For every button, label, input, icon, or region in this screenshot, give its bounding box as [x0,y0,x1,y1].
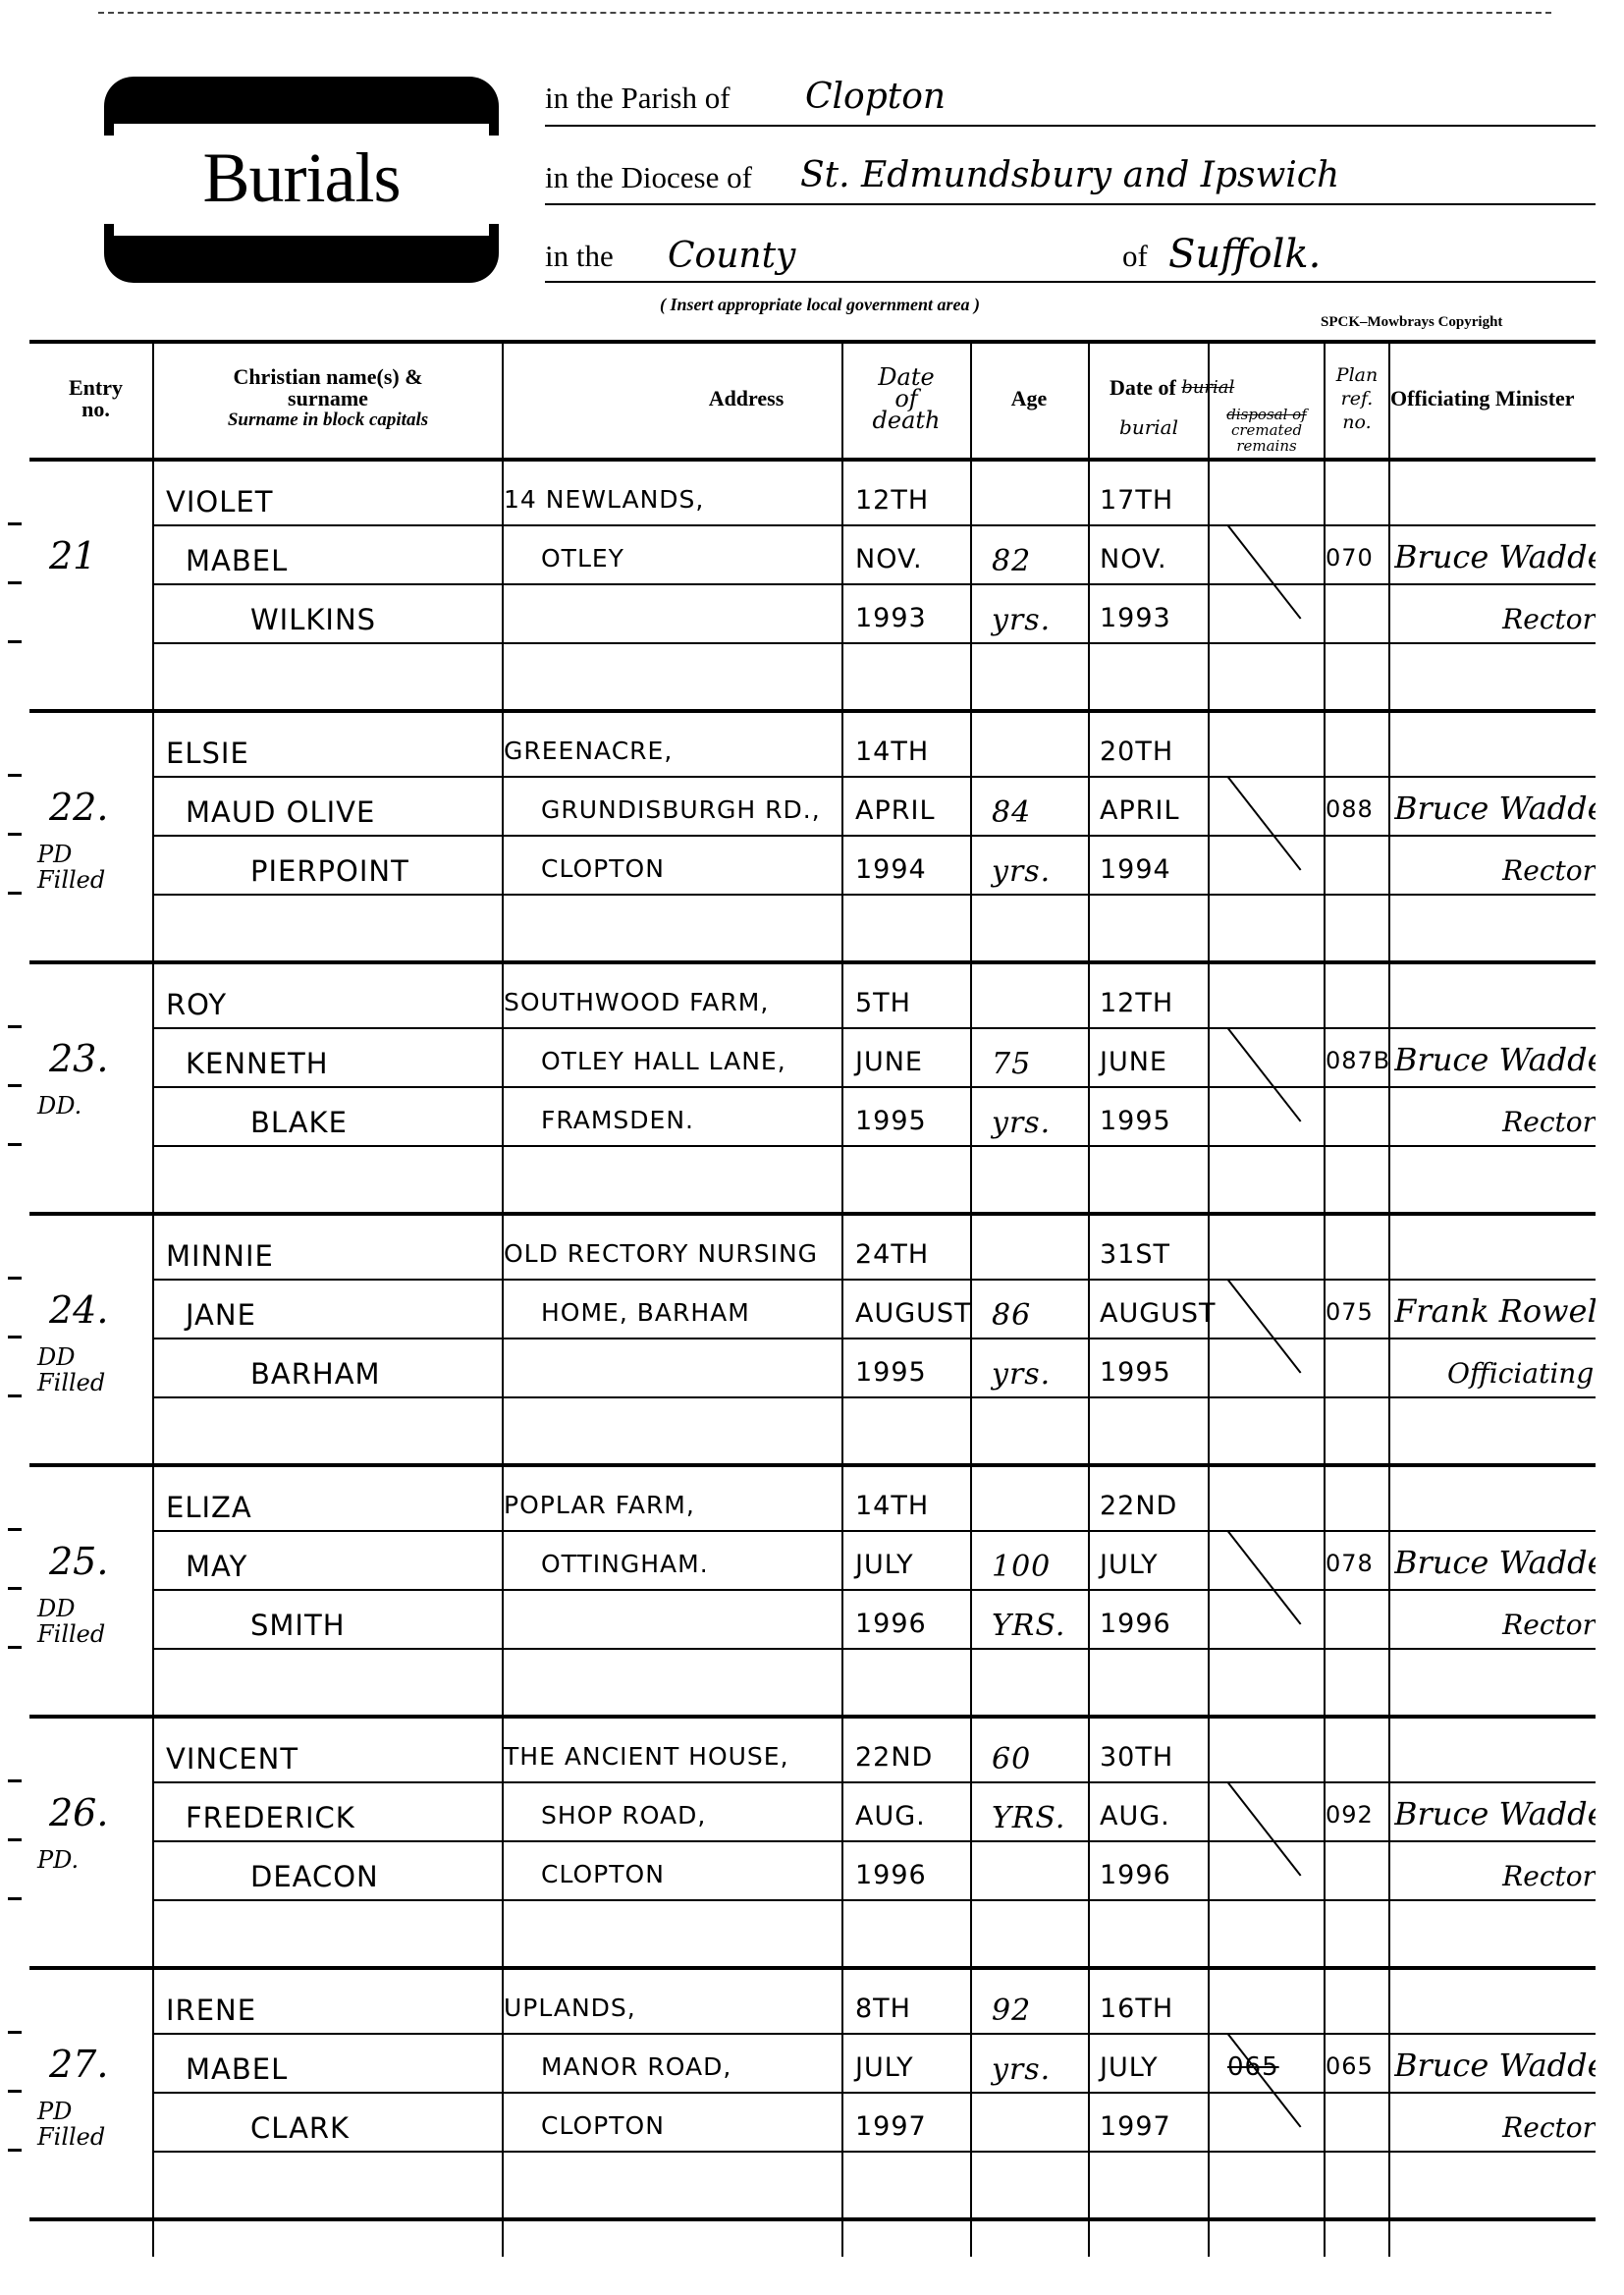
margin-tick [8,1528,22,1531]
col-header-address: Address [648,344,844,454]
surname: SMITH [250,1609,346,1642]
margin-tick [8,1143,22,1146]
date-of-burial: 22ND [1100,1491,1177,1521]
christian-name: IRENE [166,1994,256,2027]
minister-role: Rector [1447,1860,1596,1892]
entry-line-rule [152,1589,1596,1591]
entry-line-rule [152,1899,1596,1901]
minister-signature: Bruce Waddell [1394,1795,1596,1832]
address-line: OLD RECTORY NURSING [504,1239,818,1268]
entry-line-rule [152,2151,1596,2153]
area-of-label: of [1122,239,1148,274]
col-header-minister: Officiating Minister [1390,344,1624,454]
minister-role: Rector [1447,603,1596,635]
date-of-death: 1993 [855,603,927,633]
surname: DEACON [250,1860,379,1893]
date-of-burial: NOV. [1100,544,1167,574]
christian-name: VIOLET [166,485,273,519]
plan-ref-number: 087B [1326,1047,1390,1074]
plan-ref-number: 070 [1326,544,1374,572]
date-of-burial: 1995 [1100,1357,1171,1388]
entry-margin-note: DD. [37,1093,145,1119]
date-of-death: JULY [855,1550,914,1580]
christian-name: MABEL [186,544,288,577]
minister-signature: Bruce Waddell [1394,2047,1596,2084]
entry-number: 23. [49,1037,108,1080]
minister-signature: Bruce Waddell [1394,1544,1596,1581]
entry-separator-rule [29,1212,1596,1216]
entry-line-rule [152,583,1596,585]
address-line: GREENACRE, [504,737,673,765]
parish-rule [545,125,1596,127]
date-of-burial: JULY [1100,1550,1159,1580]
age: yrs. [992,1106,1051,1140]
minister-signature: Bruce Waddell [1394,538,1596,575]
date-of-death: 5TH [855,988,911,1018]
entry-margin-note: PD. [37,1847,145,1873]
entry-number: 22. [49,786,108,829]
date-of-burial: 1997 [1100,2111,1171,2142]
entry-line-rule [152,894,1596,896]
christian-name: ROY [166,988,227,1021]
minister-role: Rector [1447,1106,1596,1138]
date-of-death: 1997 [855,2111,927,2142]
minister-signature: Bruce Waddell [1394,790,1596,827]
entry-number: 26. [49,1791,108,1834]
entry-margin-note: PD Filled [37,2099,145,2150]
surname: WILKINS [250,603,376,636]
age: YRS. [992,1801,1065,1835]
date-of-death: AUG. [855,1801,926,1831]
entry-margin-note: PD Filled [37,842,145,893]
address-line: FRAMSDEN. [541,1106,694,1134]
margin-tick [8,2031,22,2034]
address-line: SHOP ROAD, [541,1801,706,1830]
date-of-burial: 30TH [1100,1742,1173,1773]
entry-line-rule [152,1781,1596,1783]
disposal-value-struck: 065 [1227,2052,1279,2082]
entry-separator-rule [29,1966,1596,1970]
surname: BLAKE [250,1106,348,1139]
address-line: OTLEY [541,544,624,573]
date-of-death: NOV. [855,544,923,574]
christian-name: KENNETH [186,1047,329,1080]
date-of-death: AUGUST [855,1298,972,1329]
col-header-burial: burial [1090,412,1208,442]
date-of-burial: 1996 [1100,1609,1171,1639]
plan-ref-number: 075 [1326,1298,1374,1326]
disposal-slash-mark [1227,1531,1301,1625]
age: 82 [992,544,1031,578]
date-of-death: JULY [855,2052,914,2083]
date-of-burial: 16TH [1100,1994,1173,2024]
entry-line-rule [152,524,1596,526]
date-of-death: 1994 [855,854,927,885]
date-of-burial: APRIL [1100,795,1180,826]
entry-separator-rule [29,1715,1596,1719]
date-of-burial: 12TH [1100,988,1173,1018]
christian-name: MAUD OLIVE [186,795,375,829]
date-of-burial: JULY [1100,2052,1159,2083]
age: 100 [992,1550,1051,1584]
disposal-slash-mark [1227,1028,1301,1122]
disposal-slash-mark [1227,525,1301,620]
address-line: POPLAR FARM, [504,1491,695,1519]
entry-line-rule [152,1530,1596,1532]
date-of-burial: AUG. [1100,1801,1170,1831]
plan-ref-number: 065 [1326,2052,1374,2080]
date-of-burial: 1994 [1100,854,1171,885]
christian-name: VINCENT [166,1742,298,1776]
entry-line-rule [152,776,1596,778]
surname: CLARK [250,2111,350,2145]
age: 86 [992,1298,1031,1333]
top-dashed-rule [98,12,1551,14]
surname: PIERPOINT [250,854,409,888]
entry-separator-rule [29,2217,1596,2221]
plan-ref-number: 088 [1326,795,1374,823]
entry-line-rule [152,2092,1596,2094]
parish-value: Clopton [805,77,946,117]
minister-role: Rector [1447,2111,1596,2144]
disposal-slash-mark [1227,1280,1301,1374]
address-line: SOUTHWOOD FARM, [504,988,769,1016]
header-bottom-rule [29,458,1596,462]
minister-signature: Frank Rowell [1394,1292,1596,1330]
date-of-burial: 31ST [1100,1239,1170,1270]
christian-name: ELIZA [166,1491,252,1524]
margin-tick [8,640,22,643]
date-of-death: 14TH [855,737,929,767]
entry-line-rule [152,1027,1596,1029]
margin-tick [8,581,22,584]
address-line: OTTINGHAM. [541,1550,709,1578]
diocese-rule [545,203,1596,205]
margin-tick [8,1587,22,1590]
age: 92 [992,1994,1031,2028]
date-of-death: 8TH [855,1994,911,2024]
disposal-slash-mark [1227,1782,1301,1877]
entry-separator-rule [29,960,1596,964]
col-header-age: Age [971,344,1087,454]
margin-tick [8,2149,22,2152]
burials-title-box: Burials [104,77,499,283]
margin-tick [8,2090,22,2093]
diocese-label: in the Diocese of [545,160,752,195]
date-of-burial: 1996 [1100,1860,1171,1890]
area-note: ( Insert appropriate local government ar… [660,295,980,315]
margin-tick [8,1277,22,1280]
minister-role: Officiating Minister [1447,1357,1596,1390]
christian-name: JANE [186,1298,256,1332]
register-title: Burials [104,134,499,222]
date-of-death: 1996 [855,1609,927,1639]
entry-line-rule [152,2033,1596,2035]
entry-number: 21 [49,534,96,577]
plan-ref-number: 078 [1326,1550,1374,1577]
entry-line-rule [152,1648,1596,1650]
plan-ref-number: 092 [1326,1801,1374,1829]
date-of-burial: 1993 [1100,603,1171,633]
date-of-death: 1995 [855,1106,927,1136]
address-line: GRUNDISBURGH RD., [541,795,821,824]
minister-role: Rector [1447,854,1596,887]
col-header-plan-ref: Planref.no. [1326,344,1388,454]
address-line: THE ANCIENT HOUSE, [504,1742,789,1771]
date-of-burial: 17TH [1100,485,1173,516]
entry-margin-note: DD Filled [37,1344,145,1395]
margin-tick [8,833,22,836]
entry-line-rule [152,1840,1596,1842]
age: yrs. [992,603,1051,637]
entry-margin-note: DD Filled [37,1596,145,1647]
date-of-death: APRIL [855,795,936,826]
area-rule [545,281,1596,283]
margin-tick [8,1646,22,1649]
christian-name: MABEL [186,2052,288,2086]
christian-name: ELSIE [166,737,249,770]
margin-tick [8,892,22,895]
date-of-death: 12TH [855,485,929,516]
date-of-burial: 1995 [1100,1106,1171,1136]
christian-name: MAY [186,1550,247,1583]
date-of-death: 22ND [855,1742,933,1773]
col-header-date-of: Date of burial [1110,373,1316,403]
minister-role: Rector [1447,1609,1596,1641]
date-of-death: JUNE [855,1047,923,1077]
diocese-value: St. Edmundsbury and Ipswich [800,155,1339,195]
address-line: CLOPTON [541,1860,665,1888]
entry-number: 27. [49,2043,108,2086]
age: yrs. [992,854,1051,889]
age: 84 [992,795,1031,830]
address-line: CLOPTON [541,2111,665,2140]
margin-tick [8,522,22,525]
christian-name: FREDERICK [186,1801,355,1834]
entry-line-rule [152,1396,1596,1398]
date-of-burial: 20TH [1100,737,1173,767]
age: 60 [992,1742,1031,1776]
date-of-death: 14TH [855,1491,929,1521]
address-line: CLOPTON [541,854,665,883]
entry-line-rule [152,1145,1596,1147]
date-of-death: 24TH [855,1239,929,1270]
col-header-date-of-death: Dateofdeath [843,344,969,454]
christian-name: MINNIE [166,1239,274,1273]
minister-signature: Bruce Waddell [1394,1041,1596,1078]
date-of-burial: JUNE [1100,1047,1167,1077]
age: yrs. [992,1357,1051,1392]
address-line: 14 NEWLANDS, [504,485,704,514]
date-of-burial: AUGUST [1100,1298,1217,1329]
entry-line-rule [152,1279,1596,1281]
entry-separator-rule [29,1463,1596,1467]
entry-line-rule [152,1086,1596,1088]
entry-number: 25. [49,1540,108,1583]
col-header-name: Christian name(s) &surnameSurname in blo… [154,344,502,454]
margin-tick [8,1025,22,1028]
margin-tick [8,1897,22,1900]
entry-number: 24. [49,1288,108,1332]
address-line: MANOR ROAD, [541,2052,731,2081]
margin-tick [8,1779,22,1782]
margin-tick [8,774,22,777]
margin-tick [8,1838,22,1841]
area-label: in the [545,239,614,274]
age: 75 [992,1047,1031,1081]
age: YRS. [992,1609,1065,1643]
address-line: HOME, BARHAM [541,1298,750,1327]
age: yrs. [992,2052,1051,2087]
address-line: OTLEY HALL LANE, [541,1047,786,1075]
col-header-entry: Entryno. [39,344,152,454]
entry-line-rule [152,642,1596,644]
area-value: Suffolk. [1168,232,1321,277]
surname: BARHAM [250,1357,381,1391]
margin-tick [8,1394,22,1397]
disposal-slash-mark [1227,777,1301,871]
margin-tick [8,1084,22,1087]
col-header-disposal: disposal ofcrematedremains [1210,403,1324,458]
copyright-notice: SPCK–Mowbrays Copyright [1321,314,1502,331]
margin-tick [8,1336,22,1339]
parish-label: in the Parish of [545,81,731,116]
address-line: UPLANDS, [504,1994,636,2022]
date-of-death: 1995 [855,1357,927,1388]
entry-line-rule [152,835,1596,837]
entry-separator-rule [29,709,1596,713]
area-type-value: County [668,236,795,276]
date-of-death: 1996 [855,1860,927,1890]
entry-line-rule [152,1338,1596,1339]
